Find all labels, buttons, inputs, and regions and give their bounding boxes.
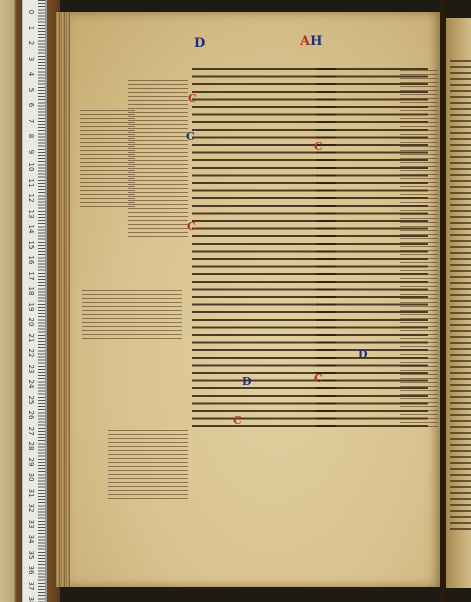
ruler-label: 21 — [27, 331, 35, 345]
ruler-label: 12 — [27, 191, 35, 205]
ruler-label: 27 — [27, 424, 35, 438]
ruler-label: 32 — [27, 501, 35, 515]
rubric-initial: C — [188, 92, 197, 105]
ruler-label: 3 — [27, 52, 35, 66]
ruler-label: 13 — [27, 207, 35, 221]
ruler-label: 26 — [27, 408, 35, 422]
ruler-label: 38 — [27, 594, 35, 602]
ruler-label: 14 — [27, 222, 35, 236]
ruler-label: 9 — [27, 145, 35, 159]
ruler-label: 16 — [27, 253, 35, 267]
blue-initial: C — [186, 130, 195, 143]
ruler-label: 28 — [27, 439, 35, 453]
running-header-right: AH — [300, 34, 322, 49]
ruler-label: 0 — [27, 5, 35, 19]
ruler-label: 30 — [27, 470, 35, 484]
ruler-label: 33 — [27, 517, 35, 531]
ruler-label: 4 — [27, 67, 35, 81]
ruler-label: 34 — [27, 532, 35, 546]
ruler-label: 10 — [27, 160, 35, 174]
ruler-label: 24 — [27, 377, 35, 391]
ruler-ticks — [38, 0, 45, 602]
rubric-initial: C — [314, 372, 323, 385]
ruler-label: 23 — [27, 362, 35, 376]
ruler-label: 29 — [27, 455, 35, 469]
ruler-label: 22 — [27, 346, 35, 360]
marginal-gloss — [82, 290, 182, 340]
ruler-label: 7 — [27, 114, 35, 128]
ruler-label: 1 — [27, 21, 35, 35]
blue-initial: D — [242, 375, 252, 388]
ruler-label: 36 — [27, 563, 35, 577]
ruler-label: 31 — [27, 486, 35, 500]
rubric-initial: C — [314, 140, 323, 153]
ruler-label: 15 — [27, 238, 35, 252]
ruler-label: 25 — [27, 393, 35, 407]
rubric-initial: C — [233, 414, 242, 427]
ruler-label: 35 — [27, 548, 35, 562]
ruler-label: 5 — [27, 83, 35, 97]
rubric-initial: C — [187, 220, 196, 233]
ruler-label: 2 — [27, 36, 35, 50]
ruler-label: 11 — [27, 176, 35, 190]
measuring-ruler: 0123456789101112131415161718192021222324… — [22, 0, 47, 602]
ruler-label: 19 — [27, 300, 35, 314]
ruler-label: 18 — [27, 284, 35, 298]
ruler-label: 6 — [27, 98, 35, 112]
marginal-gloss — [80, 110, 135, 210]
blue-initial: D — [358, 348, 368, 361]
ruler-label: 17 — [27, 269, 35, 283]
ruler-label: 37 — [27, 579, 35, 593]
facing-page-text — [450, 60, 471, 530]
marginal-gloss — [108, 430, 188, 500]
ruler-label: 20 — [27, 315, 35, 329]
ruler-label: 8 — [27, 129, 35, 143]
marginal-gloss — [400, 70, 438, 430]
running-header-left: D — [194, 36, 205, 51]
marginal-gloss — [128, 80, 188, 240]
